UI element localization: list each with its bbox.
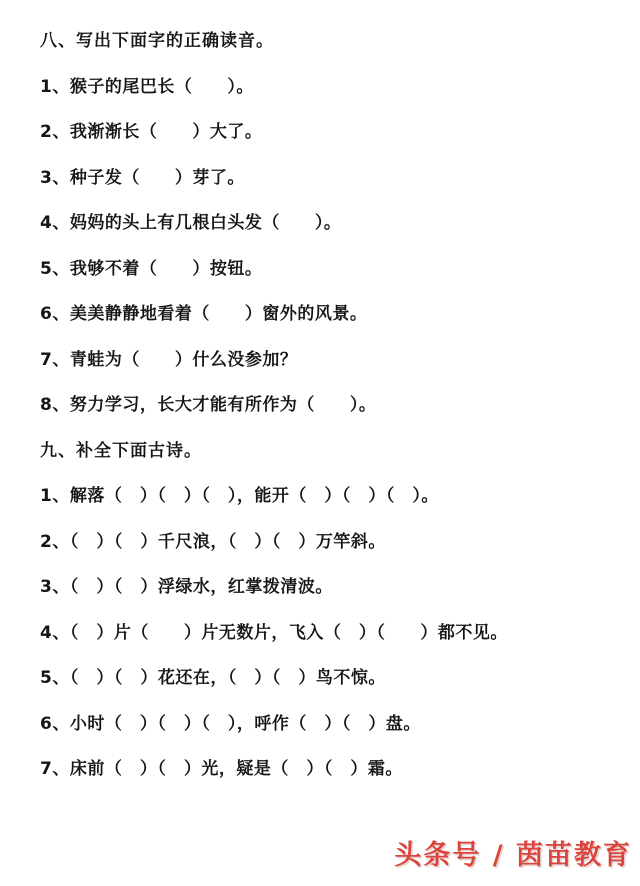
pronunciation-item-1: 1、猴子的尾巴长（ ）。	[40, 76, 630, 122]
section-9-header: 九、补全下面古诗。	[40, 440, 630, 486]
pronunciation-item-5: 5、我够不着（ ）按钮。	[40, 258, 630, 304]
poem-item-4: 4、（ ）片（ ）片无数片，飞入（ ）（ ）都不见。	[40, 622, 630, 668]
poem-item-1: 1、解落（ ）（ ）（ ），能开（ ）（ ）（ ）。	[40, 485, 630, 531]
pronunciation-item-3: 3、种子发（ ）芽了。	[40, 167, 630, 213]
poem-item-6: 6、小时（ ）（ ）（ ），呼作（ ）（ ）盘。	[40, 713, 630, 759]
pronunciation-item-8: 8、努力学习，长大才能有所作为（ ）。	[40, 394, 630, 440]
pronunciation-item-2: 2、我渐渐长（ ）大了。	[40, 121, 630, 167]
poem-item-5: 5、（ ）（ ）花还在，（ ）（ ）鸟不惊。	[40, 667, 630, 713]
worksheet-page: 八、写出下面字的正确读音。 1、猴子的尾巴长（ ）。 2、我渐渐长（ ）大了。 …	[0, 0, 640, 886]
poem-item-7: 7、床前（ ）（ ）光，疑是（ ）（ ）霜。	[40, 758, 630, 804]
pronunciation-item-6: 6、美美静静地看着（ ）窗外的风景。	[40, 303, 630, 349]
section-8-header: 八、写出下面字的正确读音。	[40, 30, 630, 76]
poem-item-3: 3、（ ）（ ）浮绿水，红掌拨清波。	[40, 576, 630, 622]
poem-item-2: 2、（ ）（ ）千尺浪，（ ）（ ）万竿斜。	[40, 531, 630, 577]
pronunciation-item-7: 7、青蛙为（ ）什么没参加？	[40, 349, 630, 395]
pronunciation-item-4: 4、妈妈的头上有几根白头发（ ）。	[40, 212, 630, 258]
watermark-brand-label: 头条号 / 茵苗教育	[394, 833, 632, 872]
